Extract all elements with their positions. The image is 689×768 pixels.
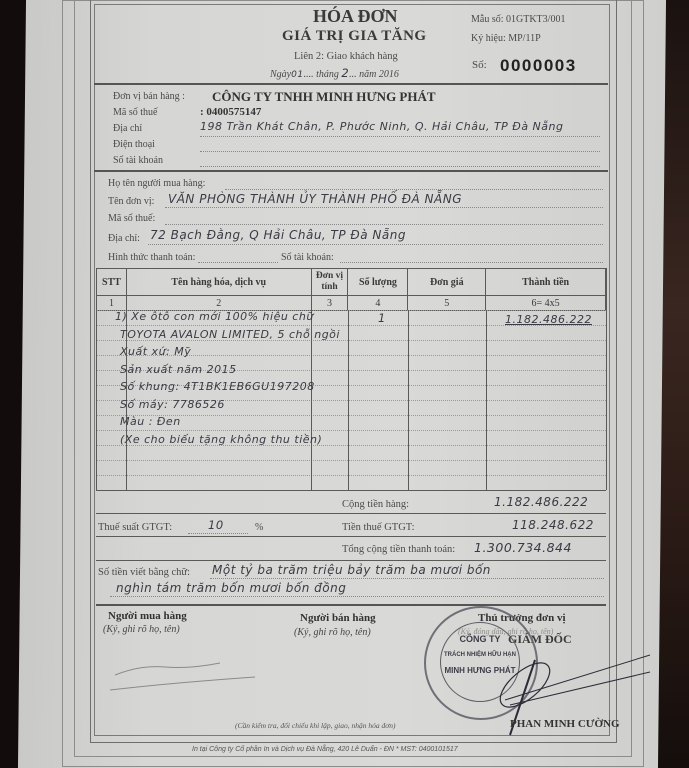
seller-tax: : 0400575147	[200, 106, 261, 118]
grid-line	[606, 268, 607, 490]
dotted-line	[165, 207, 603, 208]
item-amount: 1.182.486.222	[505, 313, 592, 326]
buyer-person-label: Họ tên người mua hàng:	[108, 178, 205, 189]
form-number: Mẫu số: 01GTKT3/001	[471, 14, 565, 25]
grid-line	[348, 310, 349, 490]
seller-account-label: Số tài khoản	[113, 155, 163, 166]
amount-in-words-line2: nghìn tám trăm bốn mươi bốn đồng	[116, 581, 346, 595]
seller-name: CÔNG TY TNHH MINH HƯNG PHÁT	[212, 89, 436, 105]
vat-label: Tiền thuế GTGT:	[342, 522, 415, 533]
buyer-address: 72 Bạch Đằng, Q Hải Châu, TP Đà Nẵng	[150, 228, 406, 242]
seller-name-label: Đơn vị bán hàng :	[113, 91, 185, 102]
invoice-copy: Liên 2: Giao khách hàng	[294, 51, 398, 62]
row-line	[96, 475, 606, 476]
dotted-line	[200, 166, 600, 167]
col-header-price: Đơn giá	[408, 269, 486, 296]
col-number: 5	[408, 296, 486, 311]
item-line: TOYOTA AVALON LIMITED, 5 chỗ ngồi	[120, 328, 340, 341]
col-number: 3	[311, 296, 348, 311]
dotted-line	[200, 151, 600, 152]
row-line	[96, 430, 606, 431]
dotted-line	[165, 224, 603, 225]
seller-address: 198 Trần Khát Chân, P. Phước Ninh, Q. Hả…	[200, 120, 563, 133]
seller-address-label: Địa chỉ	[113, 123, 142, 134]
dotted-line	[148, 244, 603, 245]
row-line	[96, 460, 606, 461]
col-header-stt: STT	[97, 269, 127, 296]
divider	[94, 83, 608, 85]
items-table: STT Tên hàng hóa, dịch vụ Đơn vị tính Số…	[96, 268, 606, 311]
item-line: Sản xuất năm 2015	[120, 363, 237, 376]
dotted-line	[188, 533, 248, 534]
grid-line	[96, 560, 606, 561]
grid-line	[486, 310, 487, 490]
buyer-unit: VĂN PHÒNG THÀNH ỦY THÀNH PHỐ ĐÀ NẴNG	[168, 192, 462, 206]
invoice-number-label: Số:	[472, 59, 487, 71]
seller-signature-hint: (Ký, ghi rõ họ, tên)	[294, 627, 371, 638]
dotted-line	[225, 189, 603, 190]
item-line: Số máy: 7786526	[120, 398, 225, 411]
item-line: (Xe cho biếu tặng không thu tiền)	[120, 433, 322, 446]
payment-method-label: Hình thức thanh toán:	[108, 252, 195, 263]
buyer-signature-title: Người mua hàng	[108, 610, 187, 622]
buyer-signature-scribble	[110, 655, 260, 695]
divider	[96, 604, 606, 606]
item-line: Số khung: 4T1BK1EB6GU197208	[120, 380, 315, 393]
invoice-subtitle: GIÁ TRỊ GIA TĂNG	[282, 28, 427, 45]
grand-total-value: 1.300.734.844	[474, 540, 572, 555]
printer-footer: In tại Công ty Cổ phần In và Dịch vụ Đà …	[192, 746, 458, 753]
col-number: 2	[126, 296, 311, 311]
col-header-amount: Thành tiền	[486, 269, 606, 296]
col-header-name: Tên hàng hóa, dịch vụ	[126, 269, 311, 296]
dotted-line	[110, 596, 604, 597]
dotted-line	[198, 262, 278, 263]
amount-in-words-label: Số tiền viết bằng chữ:	[98, 567, 190, 578]
item-quantity: 1	[378, 311, 386, 325]
divider	[94, 170, 608, 172]
vat-rate-value: 10	[208, 518, 224, 532]
item-line: Xuất xứ: Mỹ	[120, 345, 191, 358]
col-header-unit: Đơn vị tính	[311, 269, 348, 296]
col-number: 1	[97, 296, 127, 311]
dotted-line	[210, 578, 604, 579]
subtotal-value: 1.182.486.222	[494, 495, 588, 509]
buyer-unit-label: Tên đơn vị:	[108, 196, 154, 207]
amount-in-words-line1: Một tỷ ba trăm triệu bảy trăm ba mươi bố…	[212, 563, 491, 577]
vat-value: 118.248.622	[512, 518, 594, 532]
grid-line	[96, 513, 606, 514]
invoice-number: 0000003	[500, 56, 577, 76]
buyer-account-label: Số tài khoản:	[281, 252, 334, 263]
grid-line	[408, 310, 409, 490]
dotted-line	[200, 136, 600, 137]
vat-rate-unit: %	[255, 522, 263, 533]
verification-note: (Cần kiểm tra, đối chiếu khi lập, giao, …	[235, 721, 395, 730]
buyer-tax-label: Mã số thuế:	[108, 213, 155, 224]
grid-line	[96, 490, 606, 491]
vat-rate-label: Thuế suất GTGT:	[98, 522, 172, 533]
seller-phone-label: Điện thoại	[113, 139, 155, 150]
grid-line	[96, 536, 606, 537]
buyer-signature-hint: (Ký, ghi rõ họ, tên)	[103, 624, 180, 635]
col-number: 6= 4x5	[486, 296, 606, 311]
item-line: Màu : Đen	[120, 415, 181, 428]
grand-total-label: Tổng cộng tiền thanh toán:	[342, 544, 455, 555]
buyer-address-label: Địa chỉ:	[108, 233, 140, 244]
invoice-title: HÓA ĐƠN	[313, 6, 398, 27]
invoice-date: Ngày01.... tháng 2... năm 2016	[270, 66, 399, 80]
subtotal-label: Cộng tiền hàng:	[342, 499, 409, 510]
dotted-line	[340, 262, 603, 263]
col-number: 4	[348, 296, 408, 311]
invoice-symbol: Ký hiệu: MP/11P	[471, 33, 541, 44]
director-name: PHAN MINH CƯỜNG	[510, 718, 620, 730]
seller-signature-title: Người bán hàng	[300, 612, 376, 624]
item-line: 1) Xe ôtô con mới 100% hiệu chữ	[115, 310, 314, 323]
col-header-quantity: Số lượng	[348, 269, 408, 296]
seller-tax-label: Mã số thuế	[113, 107, 157, 118]
grid-line	[96, 310, 97, 490]
